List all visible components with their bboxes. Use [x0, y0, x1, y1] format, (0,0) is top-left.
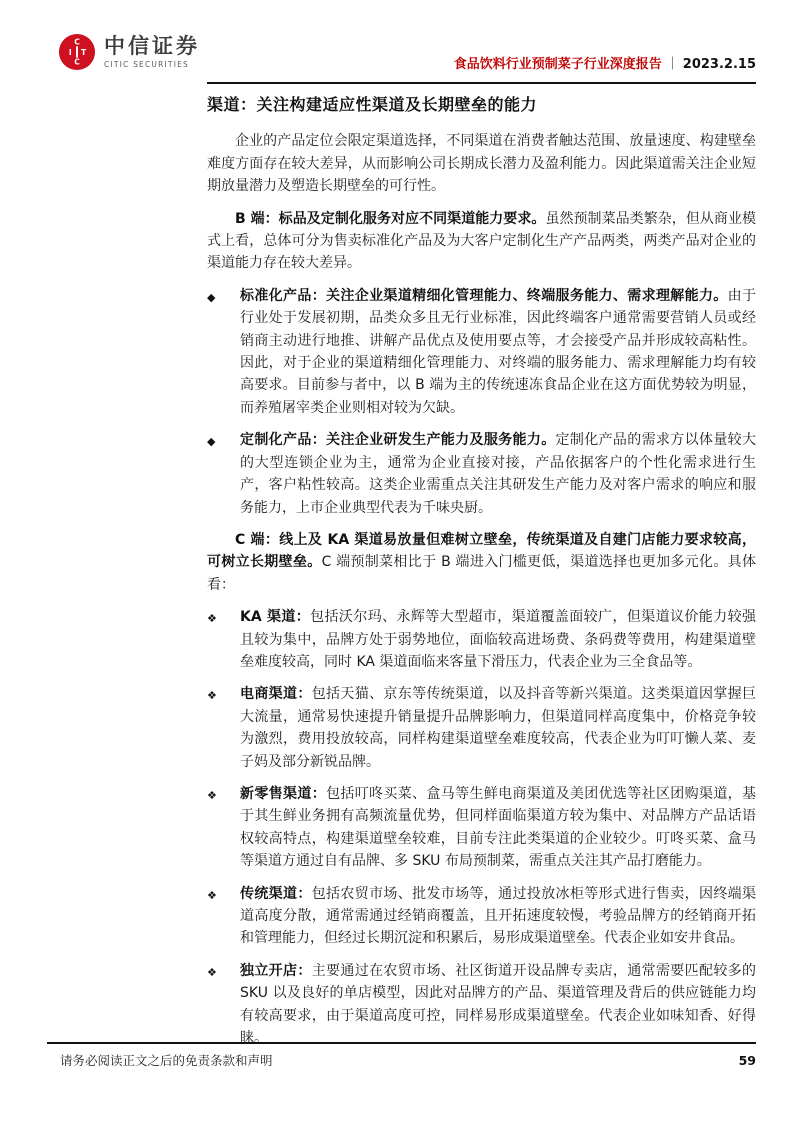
report-date: 2023.2.15: [683, 57, 756, 72]
logo-english-name: CITIC SECURITIES: [104, 60, 200, 69]
page-number: 59: [739, 1053, 756, 1068]
bullet-text: 定制化产品：关注企业研发生产能力及服务能力。定制化产品的需求方以体量较大的大型连…: [240, 429, 756, 519]
bullet-item: ◆ 定制化产品：关注企业研发生产能力及服务能力。定制化产品的需求方以体量较大的大…: [207, 429, 756, 519]
bullet-lead: 标准化产品：关注企业渠道精细化管理能力、终端服务能力、需求理解能力。: [240, 288, 728, 304]
four-diamond-bullet-icon: ❖: [207, 883, 240, 950]
bullet-lead: KA 渠道：: [240, 609, 310, 625]
bullet-body: 由于行业处于发展初期，品类众多且无行业标准，因此终端客户通常需要营销人员或经销商…: [240, 288, 756, 416]
bullet-lead: 独立开店：: [240, 963, 312, 979]
header-rule: [207, 82, 756, 84]
footer-rule: [47, 1042, 756, 1044]
diamond-bullet-icon: ◆: [207, 429, 240, 519]
diamond-bullet-icon: ◆: [207, 285, 240, 419]
paragraph-body: 企业的产品定位会限定渠道选择，不同渠道在消费者触达范围、放量速度、构建壁垒难度方…: [207, 133, 756, 194]
header-divider: ｜: [662, 57, 683, 72]
bullet-item: ❖ 电商渠道：包括天猫、京东等传统渠道，以及抖音等新兴渠道。这类渠道因掌握巨大流…: [207, 683, 756, 773]
footer-disclaimer: 请务必阅读正文之后的免责条款和声明: [60, 1051, 273, 1069]
bullet-lead: 定制化产品：关注企业研发生产能力及服务能力。: [240, 432, 556, 448]
report-body: 渠道：关注构建适应性渠道及长期壁垒的能力 企业的产品定位会限定渠道选择，不同渠道…: [207, 94, 756, 1059]
bullet-body: 包括沃尔玛、永辉等大型超市，渠道覆盖面较广，但渠道议价能力较强且较为集中，品牌方…: [240, 609, 756, 670]
bullet-body: 包括农贸市场、批发市场等，通过投放冰柜等形式进行售卖，因终端渠道高度分散，通常需…: [240, 886, 756, 947]
paragraph: C 端：线上及 KA 渠道易放量但难树立壁垒，传统渠道及自建门店能力要求较高，可…: [207, 529, 756, 596]
svg-text:I: I: [69, 48, 72, 57]
paragraph: 企业的产品定位会限定渠道选择，不同渠道在消费者触达范围、放量速度、构建壁垒难度方…: [207, 130, 756, 197]
four-diamond-bullet-icon: ❖: [207, 783, 240, 873]
logo-wordmark: 中信证券 CITIC SECURITIES: [104, 35, 200, 68]
svg-text:C: C: [74, 37, 80, 46]
four-diamond-bullet-icon: ❖: [207, 960, 240, 1050]
svg-text:C: C: [74, 57, 80, 66]
bullet-text: 独立开店：主要通过在农贸市场、社区街道开设品牌专卖店，通常需要匹配较多的 SKU…: [240, 960, 756, 1050]
bullet-item: ❖ 传统渠道：包括农贸市场、批发市场等，通过投放冰柜等形式进行售卖，因终端渠道高…: [207, 883, 756, 950]
four-diamond-bullet-icon: ❖: [207, 606, 240, 673]
bullet-body: 主要通过在农贸市场、社区街道开设品牌专卖店，通常需要匹配较多的 SKU 以及良好…: [240, 963, 756, 1046]
bullet-body: 包括天猫、京东等传统渠道，以及抖音等新兴渠道。这类渠道因掌握巨大流量，通常易快速…: [240, 686, 756, 769]
logo-chinese-name: 中信证券: [104, 35, 200, 57]
bullet-item: ❖ 新零售渠道：包括叮咚买菜、盒马等生鲜电商渠道及美团优选等社区团购渠道，基于其…: [207, 783, 756, 873]
bullet-item: ❖ 独立开店：主要通过在农贸市场、社区街道开设品牌专卖店，通常需要匹配较多的 S…: [207, 960, 756, 1050]
bullet-item: ◆ 标准化产品：关注企业渠道精细化管理能力、终端服务能力、需求理解能力。由于行业…: [207, 285, 756, 419]
bullet-text: 传统渠道：包括农贸市场、批发市场等，通过投放冰柜等形式进行售卖，因终端渠道高度分…: [240, 883, 756, 950]
footer: 请务必阅读正文之后的免责条款和声明 59: [60, 1051, 756, 1069]
bullet-lead: 传统渠道：: [240, 886, 312, 902]
report-page: C I T C 中信证券 CITIC SECURITIES 食品饮料行业预制菜子…: [0, 0, 794, 1123]
paragraph: B 端：标品及定制化服务对应不同渠道能力要求。虽然预制菜品类繁杂，但从商业模式上…: [207, 208, 756, 275]
bullet-text: 标准化产品：关注企业渠道精细化管理能力、终端服务能力、需求理解能力。由于行业处于…: [240, 285, 756, 419]
citic-logo-icon: C I T C: [58, 33, 96, 71]
bullet-lead: 电商渠道：: [240, 686, 312, 702]
bullet-item: ❖ KA 渠道：包括沃尔玛、永辉等大型超市，渠道覆盖面较广，但渠道议价能力较强且…: [207, 606, 756, 673]
header-report-info: 食品饮料行业预制菜子行业深度报告｜2023.2.15: [454, 53, 756, 72]
bullet-text: KA 渠道：包括沃尔玛、永辉等大型超市，渠道覆盖面较广，但渠道议价能力较强且较为…: [240, 606, 756, 673]
report-title: 食品饮料行业预制菜子行业深度报告: [454, 57, 662, 72]
four-diamond-bullet-icon: ❖: [207, 683, 240, 773]
bullet-lead: 新零售渠道：: [240, 786, 326, 802]
section-title: 渠道：关注构建适应性渠道及长期壁垒的能力: [207, 94, 756, 116]
bullet-text: 新零售渠道：包括叮咚买菜、盒马等生鲜电商渠道及美团优选等社区团购渠道，基于其生鲜…: [240, 783, 756, 873]
citic-logo: C I T C 中信证券 CITIC SECURITIES: [58, 33, 200, 71]
paragraph-lead: B 端：标品及定制化服务对应不同渠道能力要求。: [235, 211, 545, 227]
svg-text:T: T: [81, 48, 87, 57]
bullet-text: 电商渠道：包括天猫、京东等传统渠道，以及抖音等新兴渠道。这类渠道因掌握巨大流量，…: [240, 683, 756, 773]
